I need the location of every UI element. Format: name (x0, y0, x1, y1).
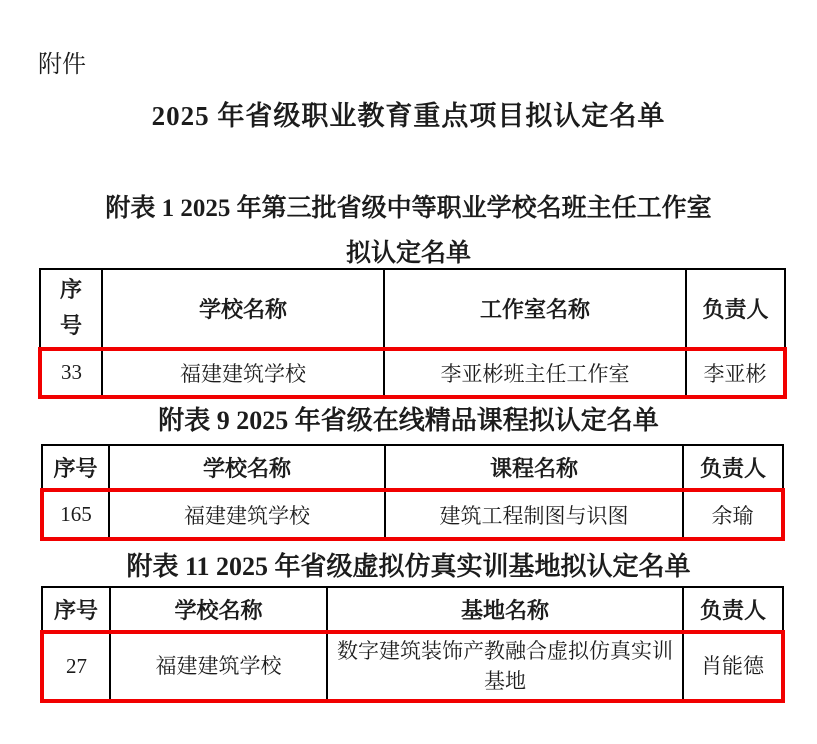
cell-seq: 27 (42, 632, 110, 701)
section-heading-banzhuren: 附表 1 2025 年第三批省级中等职业学校名班主任工作室 拟认定名单 (0, 186, 817, 276)
table-header-row: 序号 学校名称 工作室名称 负责人 (40, 269, 785, 349)
cell-base: 数字建筑装饰产教融合虚拟仿真实训基地 (327, 632, 683, 701)
cell-course: 建筑工程制图与识图 (385, 490, 683, 539)
column-header-school: 学校名称 (102, 269, 384, 349)
table-header-row: 序号 学校名称 课程名称 负责人 (42, 445, 783, 490)
banzhuren-table: 序号 学校名称 工作室名称 负责人 33 福建建筑学校 李亚彬班主任工作室 李亚… (38, 268, 787, 399)
cell-school: 福建建筑学校 (102, 349, 384, 397)
cell-studio: 李亚彬班主任工作室 (384, 349, 686, 397)
column-header-seq: 序号 (42, 445, 109, 490)
highlighted-table-row: 165 福建建筑学校 建筑工程制图与识图 余瑜 (42, 490, 783, 539)
highlighted-table-row: 33 福建建筑学校 李亚彬班主任工作室 李亚彬 (40, 349, 785, 397)
cell-school: 福建建筑学校 (109, 490, 385, 539)
cell-person: 余瑜 (683, 490, 783, 539)
cell-seq: 165 (42, 490, 109, 539)
attachment-label: 附件 (38, 50, 86, 80)
cell-person: 李亚彬 (686, 349, 785, 397)
section-heading-line1: 附表 1 2025 年第三批省级中等职业学校名班主任工作室 (0, 186, 817, 231)
section-heading-course: 附表 9 2025 年省级在线精品课程拟认定名单 (0, 404, 817, 438)
column-header-seq: 序号 (40, 269, 102, 349)
cell-school: 福建建筑学校 (110, 632, 327, 701)
column-header-person: 负责人 (686, 269, 785, 349)
highlighted-table-row: 27 福建建筑学校 数字建筑装饰产教融合虚拟仿真实训基地 肖能德 (42, 632, 783, 701)
column-header-studio: 工作室名称 (384, 269, 686, 349)
course-table: 序号 学校名称 课程名称 负责人 165 福建建筑学校 建筑工程制图与识图 余瑜 (40, 444, 785, 541)
cell-seq: 33 (40, 349, 102, 397)
column-header-school: 学校名称 (109, 445, 385, 490)
document-title: 2025 年省级职业教育重点项目拟认定名单 (0, 94, 817, 133)
section-heading-base: 附表 11 2025 年省级虚拟仿真实训基地拟认定名单 (0, 550, 817, 584)
column-header-course: 课程名称 (385, 445, 683, 490)
column-header-person: 负责人 (683, 445, 783, 490)
table-header-row: 序号 学校名称 基地名称 负责人 (42, 587, 783, 632)
cell-person: 肖能德 (683, 632, 783, 701)
column-header-person: 负责人 (683, 587, 783, 632)
document-page: 附件 2025 年省级职业教育重点项目拟认定名单 附表 1 2025 年第三批省… (0, 0, 817, 744)
column-header-seq-label: 序号 (59, 272, 83, 345)
base-table: 序号 学校名称 基地名称 负责人 27 福建建筑学校 数字建筑装饰产教融合虚拟仿… (40, 586, 785, 703)
column-header-base: 基地名称 (327, 587, 683, 632)
column-header-school: 学校名称 (110, 587, 327, 632)
column-header-seq: 序号 (42, 587, 110, 632)
